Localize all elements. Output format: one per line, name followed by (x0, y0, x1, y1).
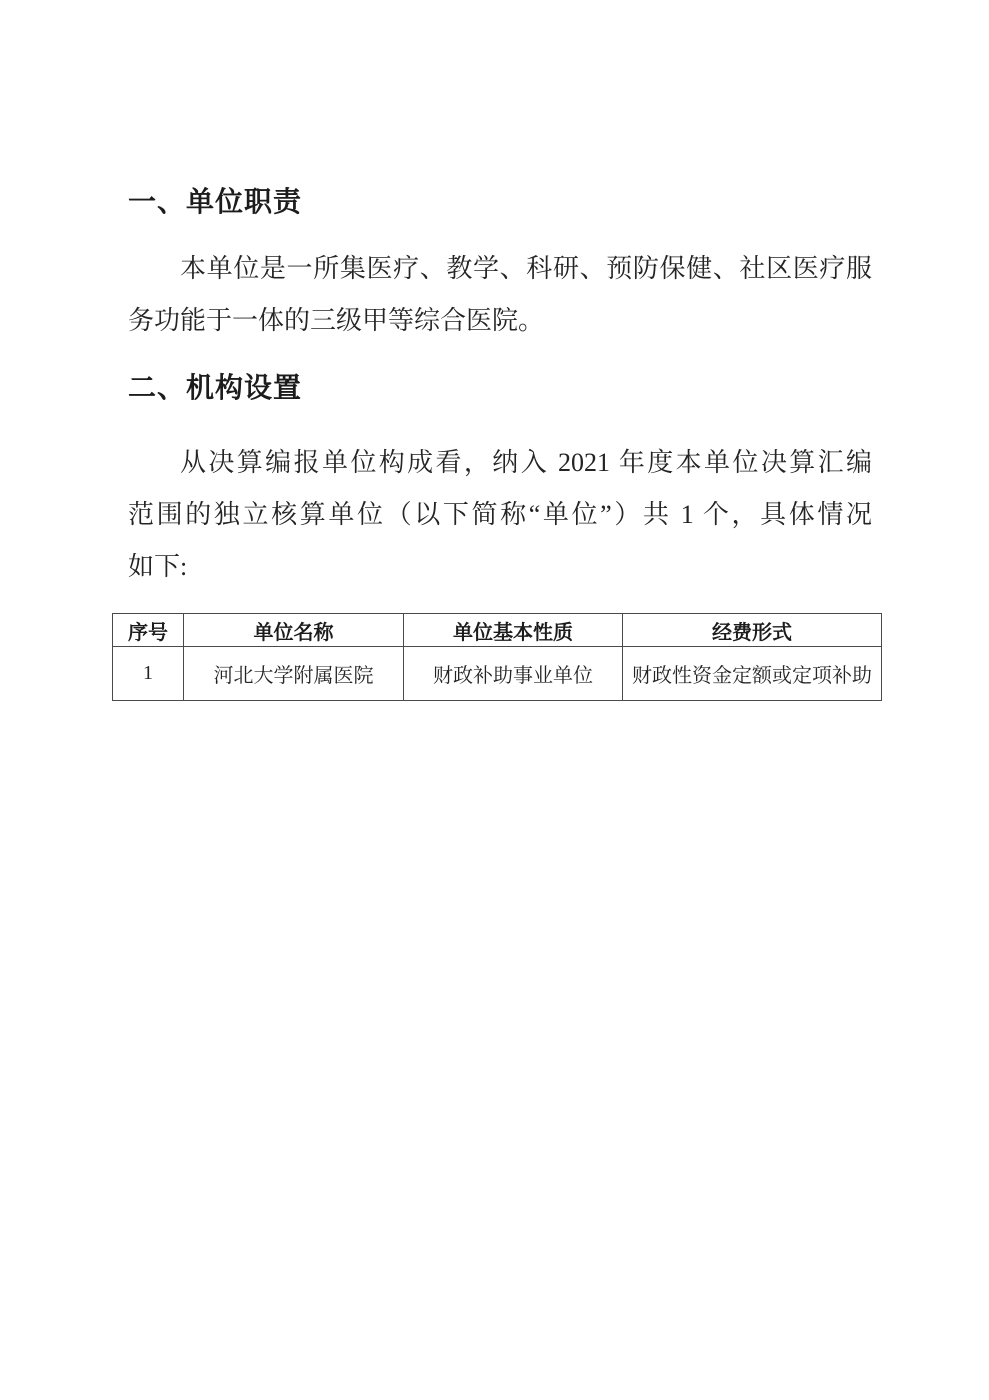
table-header-unit-name: 单位名称 (184, 614, 404, 647)
section-1-heading: 一、单位职责 (128, 180, 302, 220)
table-row: 1 河北大学附属医院 财政补助事业单位 财政性资金定额或定项补助 (113, 647, 882, 701)
section-2-paragraph: 从决算编报单位构成看，纳入 2021 年度本单位决算汇编 范围的独立核算单位（以… (128, 437, 872, 593)
paragraph-line: 范围的独立核算单位（以下简称“单位”）共 1 个，具体情况 (128, 489, 872, 541)
paragraph-line: 从决算编报单位构成看，纳入 2021 年度本单位决算汇编 (128, 437, 872, 489)
paragraph-line: 本单位是一所集医疗、教学、科研、预防保健、社区医疗服 (128, 243, 872, 295)
cell-funding-type: 财政性资金定额或定项补助 (623, 647, 882, 701)
cell-unit-name: 河北大学附属医院 (184, 647, 404, 701)
table-header-index: 序号 (113, 614, 184, 647)
table-header-funding-type: 经费形式 (623, 614, 882, 647)
section-2-heading: 二、机构设置 (128, 366, 302, 406)
section-1-paragraph: 本单位是一所集医疗、教学、科研、预防保健、社区医疗服 务功能于一体的三级甲等综合… (128, 243, 872, 347)
document-page: 一、单位职责 本单位是一所集医疗、教学、科研、预防保健、社区医疗服 务功能于一体… (0, 0, 989, 1400)
cell-index: 1 (113, 647, 184, 701)
paragraph-line: 如下: (128, 541, 872, 593)
table-header-unit-nature: 单位基本性质 (404, 614, 623, 647)
table-header-row: 序号 单位名称 单位基本性质 经费形式 (113, 614, 882, 647)
cell-unit-nature: 财政补助事业单位 (404, 647, 623, 701)
paragraph-line: 务功能于一体的三级甲等综合医院。 (128, 295, 872, 347)
unit-info-table: 序号 单位名称 单位基本性质 经费形式 1 河北大学附属医院 财政补助事业单位 … (112, 613, 882, 701)
